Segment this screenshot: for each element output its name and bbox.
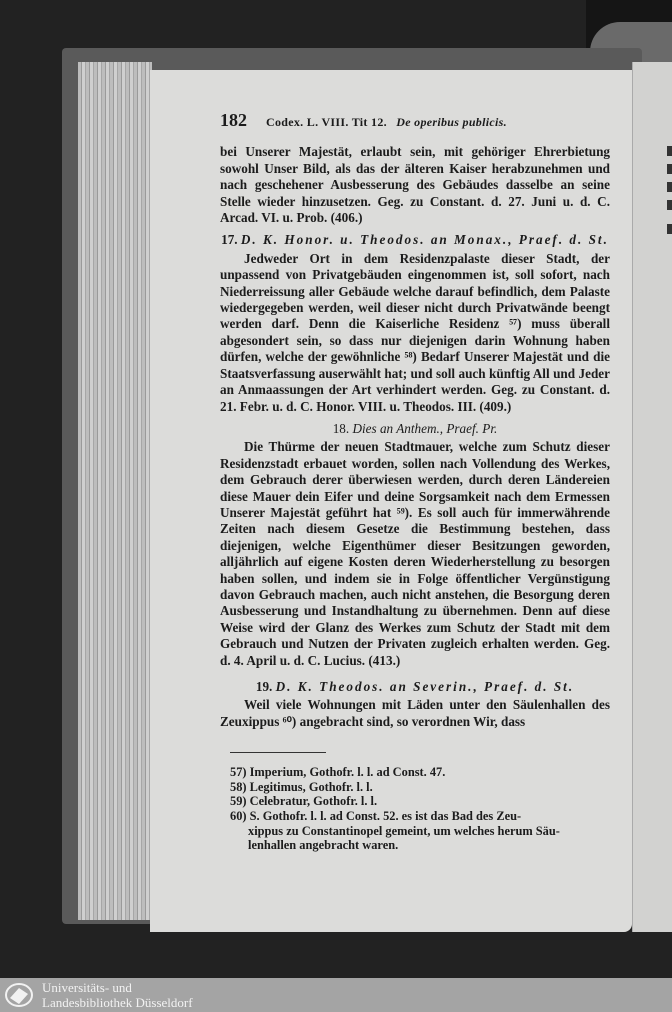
footnote-59: 59) Celebratur, Gothofr. l. l. [230, 794, 610, 809]
institution-line2: Landesbibliothek Düsseldorf [42, 995, 193, 1010]
footnote-60-cont2: lenhallen angebracht waren. [230, 838, 610, 853]
paragraph-continued: bei Unserer Majestät, erlaubt sein, mit … [220, 144, 610, 226]
section-number: 18. [333, 421, 349, 436]
section-title: D. K. Honor. u. Theodos. an Monax., Prae… [241, 232, 609, 247]
section-text-17: Jedweder Ort in dem Residenzpalaste dies… [220, 251, 610, 415]
section-heading-18: 18. Dies an Anthem., Praef. Pr. [220, 421, 610, 437]
section-title: D. K. Theodos. an Severin., Praef. d. St… [276, 679, 575, 694]
footnote-60: 60) S. Gothofr. l. l. ad Const. 52. es i… [230, 809, 610, 824]
section-text-19: Weil viele Wohnungen mit Läden unter den… [220, 697, 610, 730]
section-heading-17: 17. D. K. Honor. u. Theodos. an Monax., … [220, 232, 610, 248]
footnote-60-cont1: xippus zu Constantinopel gemeint, um wel… [230, 824, 610, 839]
institution-name: Universitäts- und Landesbibliothek Düsse… [42, 980, 193, 1010]
footnote-58: 58) Legitimus, Gothofr. l. l. [230, 780, 610, 795]
section-number: 19. [256, 679, 272, 694]
section-number: 17. [221, 232, 237, 247]
running-title-text: Codex. L. VIII. Tit 12. [266, 115, 387, 129]
section-text-18: Die Thürme der neuen Stadtmauer, welche … [220, 439, 610, 669]
book-logo-icon [4, 982, 34, 1008]
section-title: Dies an Anthem., Praef. Pr. [352, 421, 497, 436]
footnote-rule [230, 752, 326, 753]
running-title-italic: De operibus publicis. [396, 115, 507, 129]
page-number: 182 [220, 112, 266, 128]
institution-line1: Universitäts- und [42, 980, 193, 995]
facing-page [632, 62, 672, 932]
page-content: 182 Codex. L. VIII. Tit 12. De operibus … [220, 112, 610, 853]
running-header: 182 Codex. L. VIII. Tit 12. De operibus … [220, 112, 610, 130]
page-edges [78, 62, 152, 920]
footnotes: 57) Imperium, Gothofr. l. l. ad Const. 4… [220, 765, 610, 853]
running-title: Codex. L. VIII. Tit 12. De operibus publ… [266, 114, 507, 130]
footnote-57: 57) Imperium, Gothofr. l. l. ad Const. 4… [230, 765, 610, 780]
section-heading-19: 19. D. K. Theodos. an Severin., Praef. d… [220, 679, 610, 695]
